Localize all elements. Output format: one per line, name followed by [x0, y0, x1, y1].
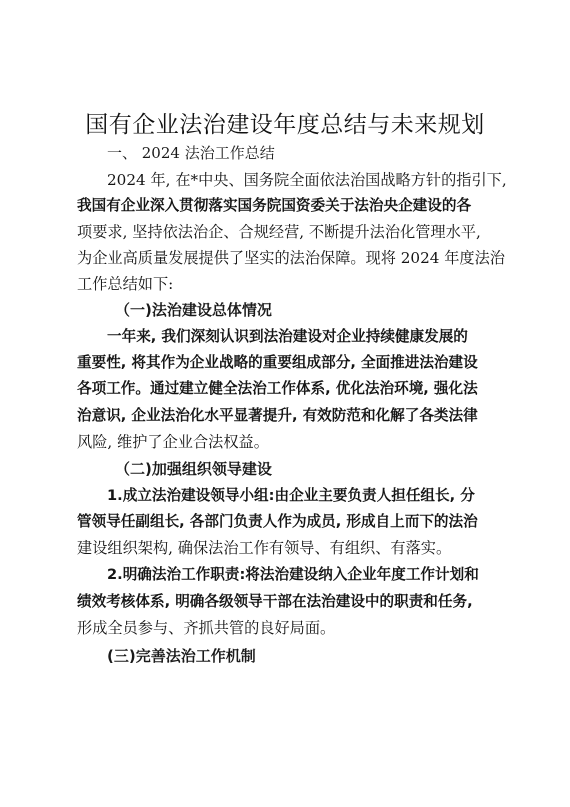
sub1-line-3: 各项工作。通过建立健全法治工作体系, 优化法治环境, 强化法 [77, 379, 478, 399]
document-page: 国有企业法治建设年度总结与未来规划 一、 2024 法治工作总结 2024 年,… [0, 0, 570, 807]
sub1-line-5: 风险, 维护了企业合法权益。 [77, 432, 269, 452]
sub1-line-2: 重要性, 将其作为企业战略的重要组成部分, 全面推进法治建设 [77, 353, 478, 373]
intro-line-1: 2024 年, 在*中央、国务院全面依法治国战略方针的指引下, [107, 170, 507, 190]
item2-line-1: 2.明确法治工作职责:将法治建设纳入企业年度工作计划和 [107, 565, 479, 585]
subsection-heading-3: (三)完善法治工作机制 [107, 646, 256, 666]
document-title: 国有企业法治建设年度总结与未来规划 [0, 106, 570, 139]
intro-line-5: 工作总结如下: [77, 274, 173, 294]
item2-line-2: 绩效考核体系, 明确各级领导干部在法治建设中的职责和任务, [77, 592, 473, 612]
intro-line-3: 项要求, 坚持依法治企、合规经营, 不断提升法治化管理水平, [77, 222, 481, 242]
item1-line-3: 建设组织架构, 确保法治工作有领导、有组织、有落实。 [77, 538, 451, 558]
sub1-line-1: 一年来, 我们深刻认识到法治建设对企业持续健康发展的 [107, 327, 468, 347]
intro-line-4: 为企业高质量发展提供了坚实的法治保障。现将 2024 年度法治 [77, 248, 505, 268]
sub1-line-4: 治意识, 企业法治化水平显著提升, 有效防范和化解了各类法律 [77, 406, 478, 426]
section-heading-1: 一、 2024 法治工作总结 [107, 143, 275, 163]
subsection-heading-2: （二)加强组织领导建设 [115, 459, 272, 479]
intro-line-2: 我国有企业深入贯彻落实国务院国资委关于法治央企建设的各 [77, 196, 471, 216]
item1-line-2: 管领导任副组长, 各部门负责人作为成员, 形成自上而下的法治 [77, 512, 478, 532]
item1-line-1: 1.成立法治建设领导小组:由企业主要负责人担任组长, 分 [107, 486, 475, 506]
item2-line-3: 形成全员参与、齐抓共管的良好局面。 [77, 618, 335, 638]
subsection-heading-1: （一)法治建设总体情况 [115, 300, 272, 320]
